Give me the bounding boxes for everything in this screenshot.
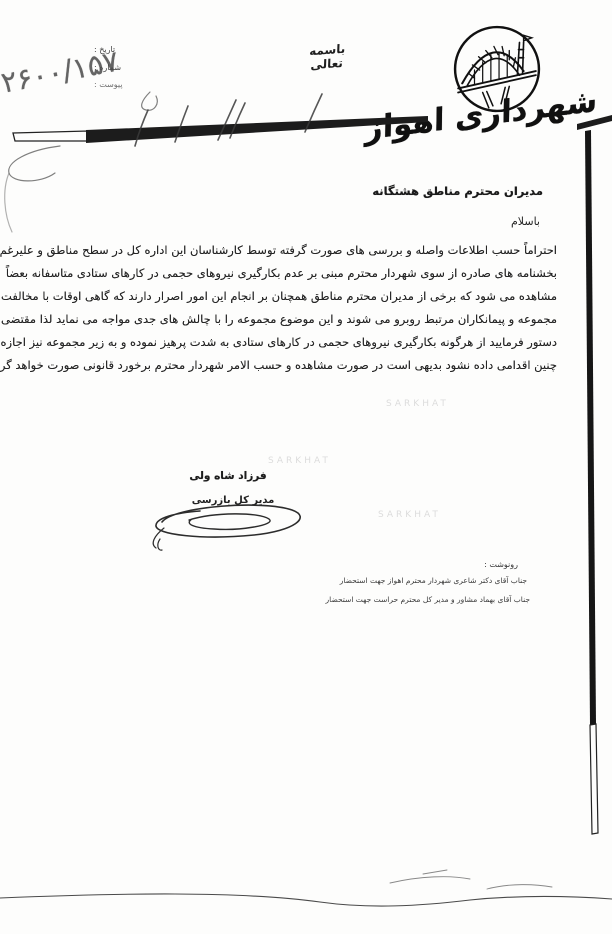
recipient-heading: مدیران محترم مناطق هشتگانه bbox=[372, 184, 543, 198]
ink-marks-overlay bbox=[0, 0, 612, 934]
body-line: بخشنامه های صادره از سوی شهردار محترم مب… bbox=[33, 262, 557, 285]
signer-name: فرزاد شاه ولی bbox=[182, 470, 274, 482]
body-line: دستور فرمایید از هرگونه بکارگیری نیروهای… bbox=[33, 331, 557, 354]
cc-recipient-line: جناب آقای بهماد مشاور و مدیر کل محترم حر… bbox=[326, 595, 530, 604]
signature-scribble-icon bbox=[142, 486, 312, 556]
cc-recipient-line: جناب آقای دکتر شاعری شهردار محترم اهواز … bbox=[340, 576, 527, 585]
salutation-text: باسلام bbox=[511, 215, 540, 228]
watermark: SARKHAT bbox=[386, 399, 449, 409]
body-line: چنین اقدامی داده نشود بدیهی است در صورت … bbox=[33, 354, 557, 377]
handwriting-loop bbox=[5, 92, 158, 232]
body-line: مجموعه و پیمانکاران مرتبط روبرو می شوند … bbox=[33, 308, 557, 331]
cc-label: رونوشت : bbox=[484, 560, 518, 569]
bottom-page-edge-line bbox=[0, 894, 612, 906]
watermark: SARKHAT bbox=[378, 510, 441, 520]
handwriting-slashes bbox=[135, 94, 322, 146]
right-margin-bar bbox=[585, 130, 596, 725]
scanned-letter-page: تاریخ : شماره : پیوست : ۲۶۰۰/۱۵۷ باسمه ت… bbox=[0, 0, 612, 934]
bismillah-text: باسمه تعالی bbox=[292, 40, 363, 73]
watermark: SARKHAT bbox=[268, 456, 331, 466]
body-line: مشاهده می شود که برخی از مدیران محترم من… bbox=[33, 285, 557, 308]
bottom-stray-marks bbox=[390, 870, 552, 889]
divider-hollow-segment bbox=[13, 131, 88, 141]
letter-body: احتراماً حسب اطلاعات واصله و بررسی های ص… bbox=[33, 239, 557, 377]
body-line: احتراماً حسب اطلاعات واصله و بررسی های ص… bbox=[33, 239, 557, 262]
right-margin-bar-tail bbox=[590, 724, 598, 834]
